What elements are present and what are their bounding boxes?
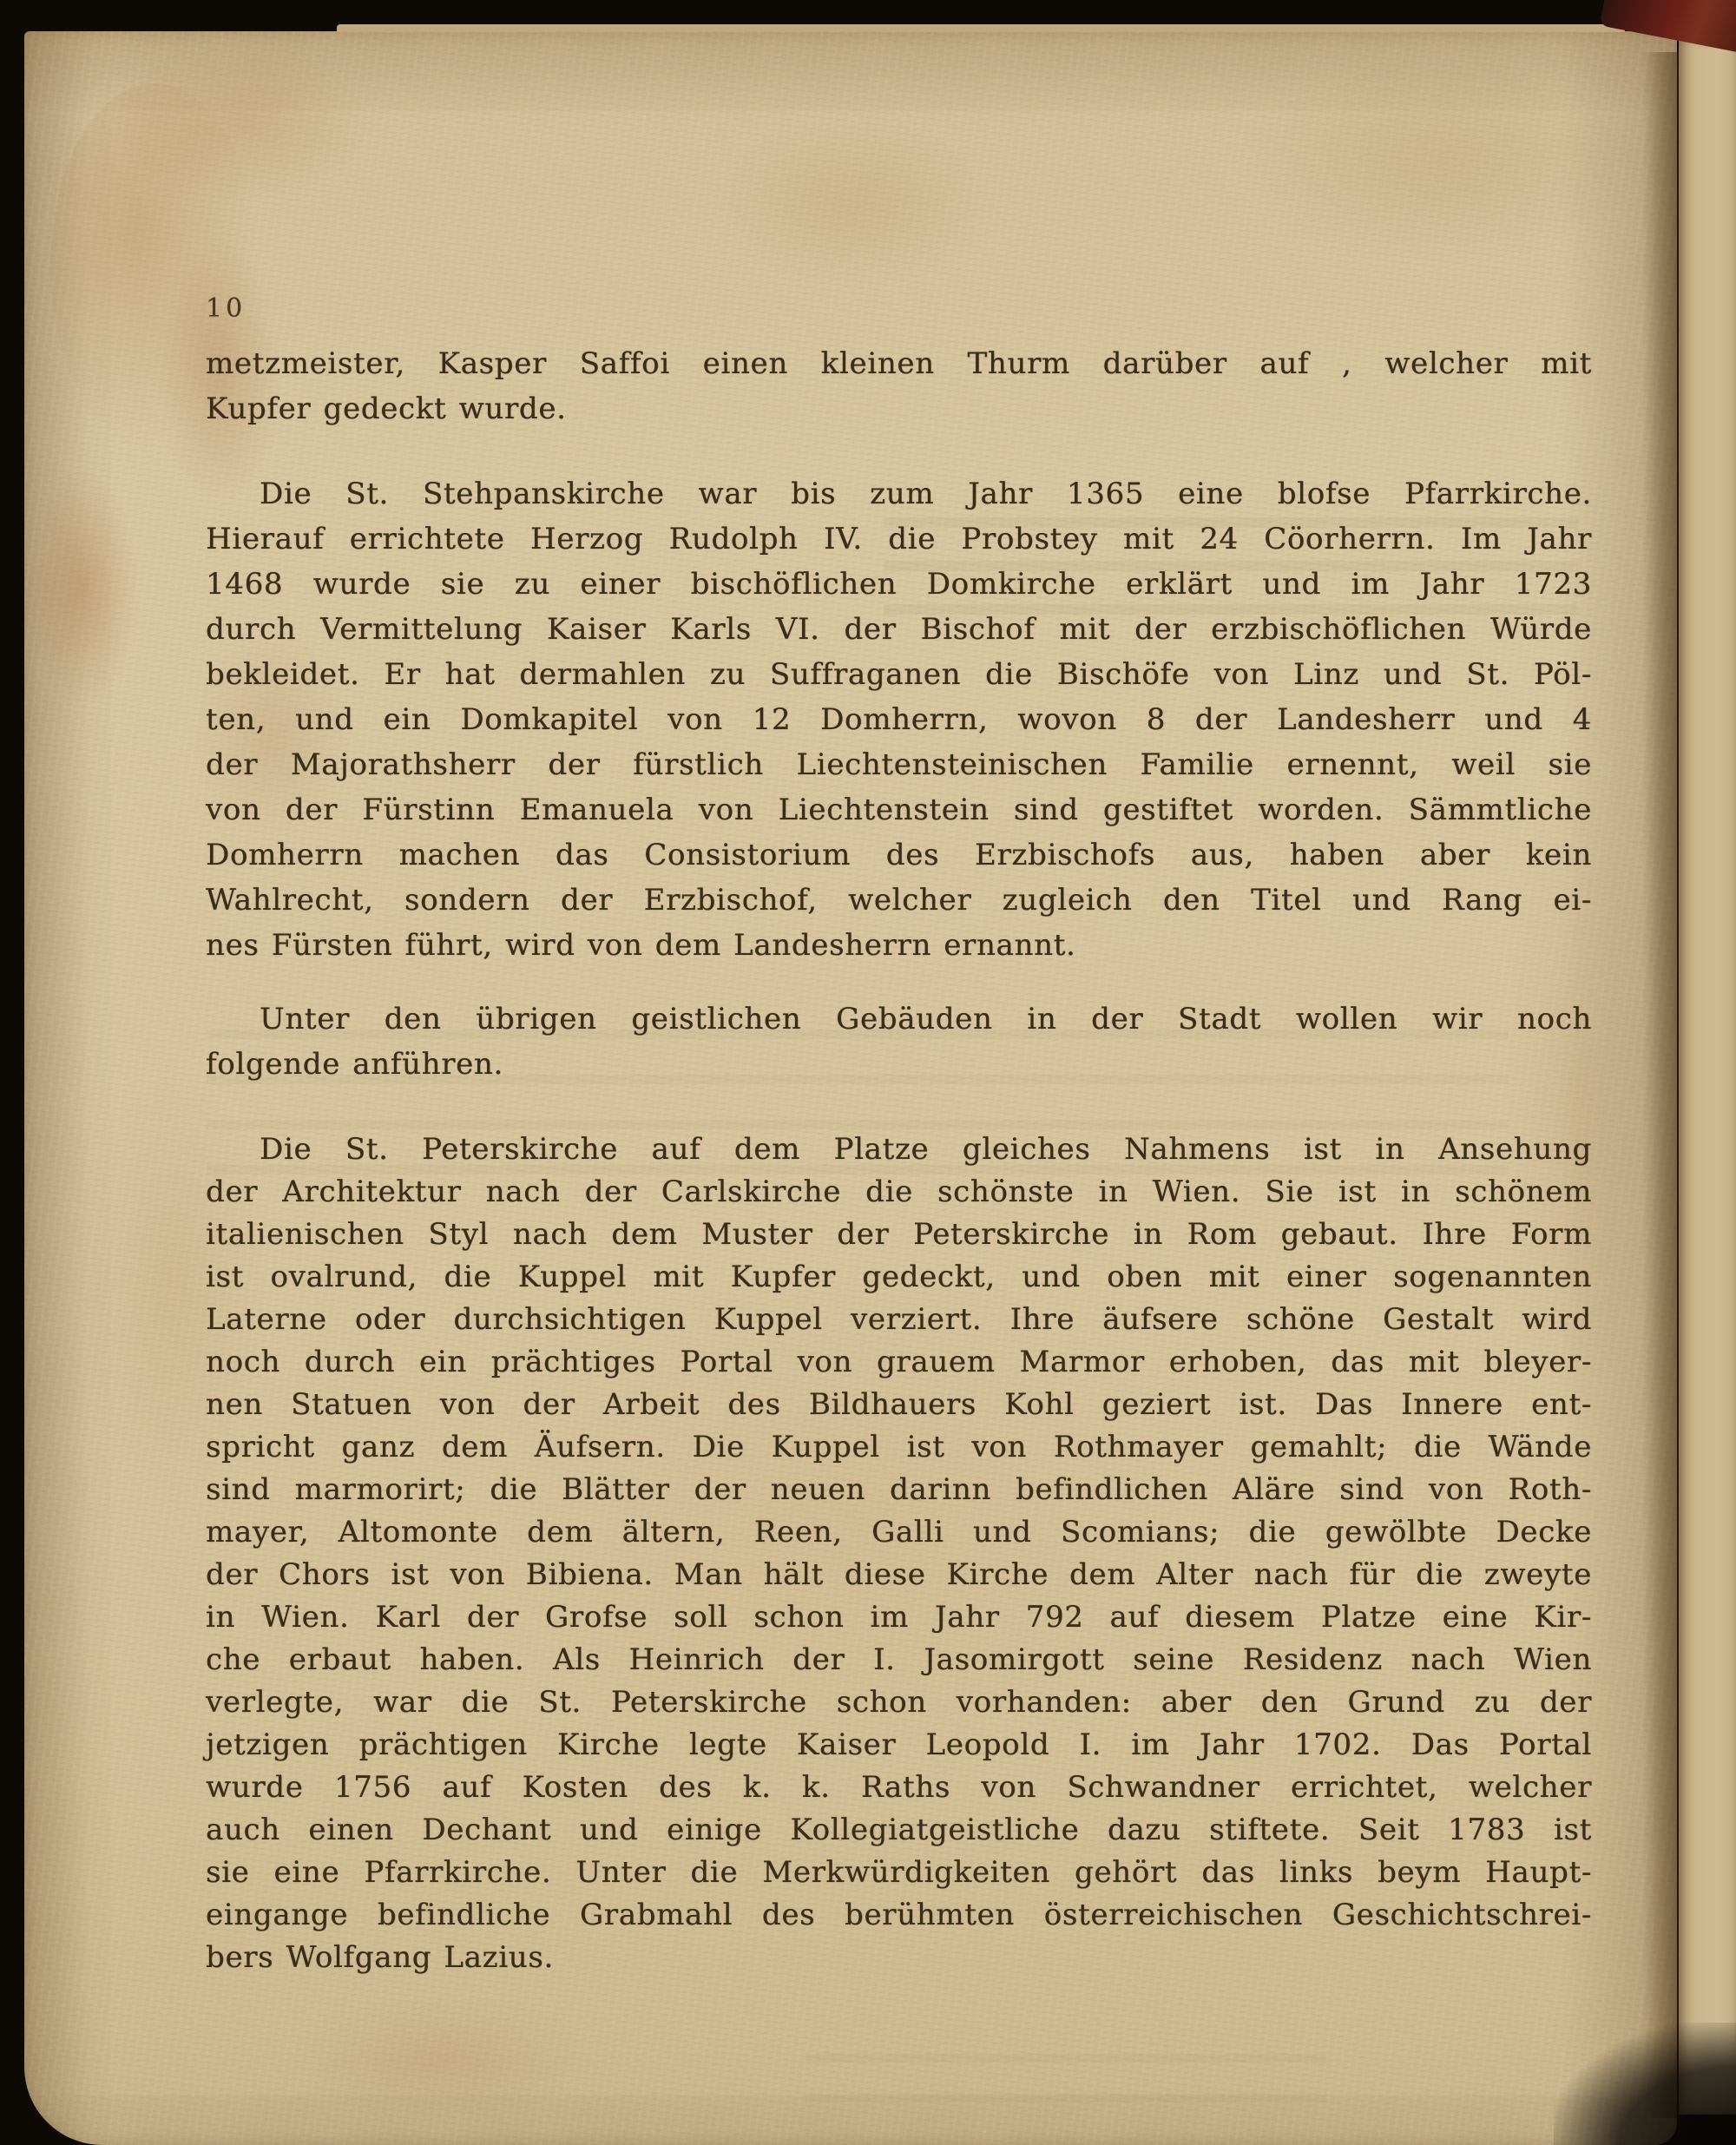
text-line: jetzigen prächtigen Kirche legte Kaiser … <box>206 1724 1592 1767</box>
text-line: von der Fürstinn Emanuela von Liechtenst… <box>206 787 1592 832</box>
text-line: Domherrn machen das Consistorium des Erz… <box>206 832 1592 878</box>
text-line: ist ovalrund, die Kuppel mit Kupfer gede… <box>206 1256 1592 1299</box>
text-line: Kupfer gedeckt wurde. <box>206 386 1592 431</box>
text-line: Die St. Peterskirche auf dem Platze glei… <box>206 1128 1592 1171</box>
page-text-column: 10 metzmeister, Kasper Saffoi einen klei… <box>206 292 1592 1979</box>
adjacent-page-edge <box>1679 40 1736 2115</box>
text-line: wurde 1756 auf Kosten des k. k. Raths vo… <box>206 1767 1592 1809</box>
text-line: der Architektur nach der Carlskirche die… <box>206 1171 1592 1214</box>
text-line: bekleidet. Er hat dermahlen zu Suffragan… <box>206 652 1592 697</box>
paragraph-peterskirche: Die St. Peterskirche auf dem Platze glei… <box>206 1128 1592 1979</box>
text-line: sie eine Pfarrkirche. Unter die Merkwürd… <box>206 1852 1592 1894</box>
text-line: auch einen Dechant und einige Kollegiatg… <box>206 1809 1592 1852</box>
text-line: spricht ganz dem Äufsern. Die Kuppel ist… <box>206 1426 1592 1469</box>
text-line: verlegte, war die St. Peterskirche schon… <box>206 1681 1592 1724</box>
paragraph-transition: Unter den übrigen geistlichen Gebäuden i… <box>206 997 1592 1087</box>
text-line: nen Statuen von der Arbeit des Bildhauer… <box>206 1384 1592 1426</box>
text-line: Hierauf errichtete Herzog Rudolph IV. di… <box>206 517 1592 562</box>
book-scan-background: 10 metzmeister, Kasper Saffoi einen klei… <box>0 0 1736 2145</box>
page-fold-shadow <box>1642 52 1682 2118</box>
text-line: Laterne oder durchsichtigen Kuppel verzi… <box>206 1299 1592 1341</box>
text-line: che erbaut haben. Als Heinrich der I. Ja… <box>206 1639 1592 1681</box>
page-number: 10 <box>206 292 1592 326</box>
text-line: Wahlrecht, sondern der Erzbischof, welch… <box>206 878 1592 923</box>
text-line: Die St. Stehpanskirche war bis zum Jahr … <box>206 471 1592 517</box>
bottom-corner-shadow <box>1554 2023 1736 2145</box>
text-line: folgende anführen. <box>206 1042 1592 1087</box>
paragraph-stephanskirche: Die St. Stehpanskirche war bis zum Jahr … <box>206 471 1592 968</box>
text-line: mayer, Altomonte dem ältern, Reen, Galli… <box>206 1511 1592 1554</box>
text-line: bers Wolfgang Lazius. <box>206 1937 1592 1979</box>
text-line: ten, und ein Domkapitel von 12 Domherrn,… <box>206 697 1592 742</box>
text-line: in Wien. Karl der Grofse soll schon im J… <box>206 1596 1592 1639</box>
text-line: 1468 wurde sie zu einer bischöflichen Do… <box>206 562 1592 607</box>
text-line: sind marmorirt; die Blätter der neuen da… <box>206 1469 1592 1511</box>
text-line: durch Vermittelung Kaiser Karls VI. der … <box>206 607 1592 652</box>
text-line: nes Fürsten führt, wird von dem Landeshe… <box>206 923 1592 968</box>
text-line: der Chors ist von Bibiena. Man hält dies… <box>206 1554 1592 1596</box>
text-line: Unter den übrigen geistlichen Gebäuden i… <box>206 997 1592 1042</box>
text-line: noch durch ein prächtiges Portal von gra… <box>206 1341 1592 1384</box>
text-line: eingange befindliche Grabmahl des berühm… <box>206 1894 1592 1937</box>
text-line: metzmeister, Kasper Saffoi einen kleinen… <box>206 341 1592 386</box>
text-line: italienischen Styl nach dem Muster der P… <box>206 1214 1592 1256</box>
text-line: der Majorathsherr der fürstlich Liechten… <box>206 742 1592 787</box>
paragraph-continuation: metzmeister, Kasper Saffoi einen kleinen… <box>206 341 1592 431</box>
